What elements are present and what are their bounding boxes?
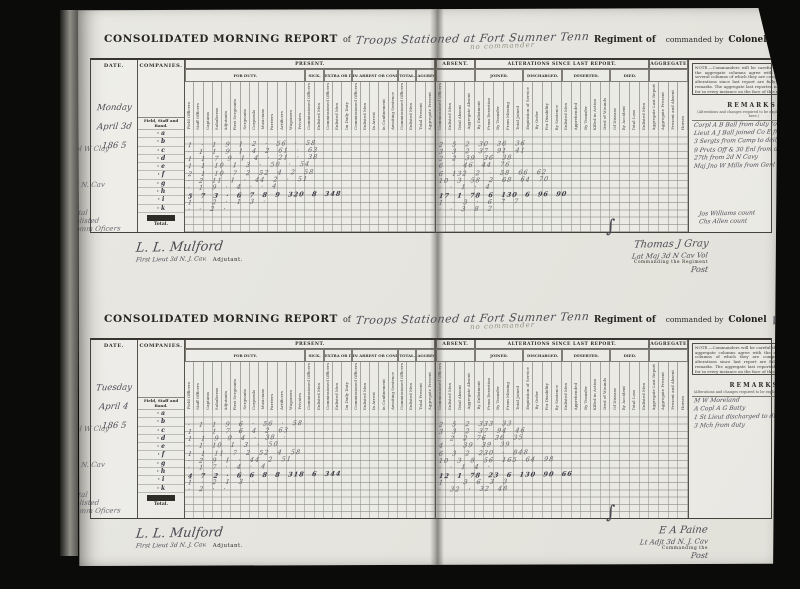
remark-handwriting: M W Moreland <box>693 397 740 405</box>
grid-body-cell <box>659 410 669 518</box>
post-word: Post <box>690 265 708 274</box>
commanded-by-label: commanded by <box>666 315 724 324</box>
column-label: For Disability <box>545 103 549 130</box>
column-label-cell: Horses <box>678 362 688 410</box>
commander-signature: E A Paine <box>528 518 708 537</box>
column-label-cell: Sergeants <box>241 82 250 130</box>
column-label-cell: Enlisted Men <box>562 82 572 130</box>
remark-handwriting: 3 Sergts from Camp to daily duty 1 1 Col <box>693 137 800 145</box>
column-label-cell: Died of Wounds <box>601 82 611 130</box>
column-label: Musicians <box>261 389 265 410</box>
date-column-body: MondayApril 3d186 5 <box>91 69 137 232</box>
column-label-cell: Total Present <box>416 82 425 130</box>
grid-body-cell <box>523 130 533 232</box>
column-label: Killed in Action <box>593 379 597 410</box>
column-label-cell: By Enlistment <box>475 82 485 130</box>
column-label-cell: Commissioned Officers <box>324 82 333 130</box>
grid-body-cell <box>649 410 659 518</box>
remarks-column: NOTE.—Commanders will be careful that th… <box>689 340 800 518</box>
column-label-cell: Enlisted Men <box>333 82 342 130</box>
commander-handwriting: Wm Myers & Lt Col Wm Chapman Genl W Mann <box>771 309 800 327</box>
column-label-cell: By Order <box>533 362 543 410</box>
grid-body-cell <box>659 130 669 232</box>
grid-body-cell <box>552 410 562 518</box>
companies-column-body: Field, Staff and Band.· a· b· c· d· e· f… <box>138 69 184 232</box>
company-letter: · g <box>138 460 184 468</box>
grid-body-cell <box>204 130 213 232</box>
column-label: Field Officers <box>187 382 191 410</box>
date-column: DATE.MondayApril 3d186 5 <box>91 60 138 232</box>
column-label: Present and Absent <box>671 370 675 410</box>
companies-column: COMPANIES.Field, Staff and Band.· a· b· … <box>138 340 185 518</box>
printed-note-box: NOTE.—Commanders will be careful that th… <box>692 63 800 95</box>
column-label-cell: Total Absent <box>455 362 465 410</box>
grid-body-cell <box>287 410 296 518</box>
column-label-cell: Total Absent <box>455 82 465 130</box>
grid-body-cell <box>436 130 446 232</box>
companies-column-header: COMPANIES. <box>138 340 184 349</box>
grid-body-cell <box>572 130 582 232</box>
column-label-cell: Of Disease <box>610 362 620 410</box>
column-label-cell: From Missing <box>504 362 514 410</box>
column-label: By Sentence <box>555 105 559 130</box>
column-label: By Transfer <box>496 106 500 130</box>
column-label: Commissioned Officers <box>400 363 404 410</box>
subgroup-header: DISCHARGED. <box>523 349 562 362</box>
grid-body-cell <box>543 130 553 232</box>
group-header: ABSENT. <box>436 340 475 349</box>
column-label: Horses <box>681 396 685 410</box>
column-label-cell: On Daily Duty <box>342 82 351 130</box>
column-label-cell: Commissioned Officers <box>398 82 407 130</box>
column-label-cell: Enlisted Men <box>315 82 324 130</box>
grid-body-cell <box>446 410 456 518</box>
column-label-cell: Artificers <box>278 82 287 130</box>
remark-line: 27th from 2d N Cavy <box>689 154 800 162</box>
group-header: ABSENT. <box>436 60 475 69</box>
column-label-cell: Enlisted Men <box>640 82 650 130</box>
column-label: Expiration of Service <box>526 87 530 130</box>
column-label-cell: Captains <box>204 362 213 410</box>
remarks-subtitle: (Alterations and changes required to be … <box>692 110 800 121</box>
column-label-cell: Aggregate Present <box>426 82 435 130</box>
field-staff-band-label: Field, Staff and Band. <box>138 117 184 130</box>
column-label: Aggregate Present <box>428 92 432 130</box>
grid-body-cell <box>259 130 268 232</box>
subgroup-header <box>649 69 688 82</box>
column-label: Total Joined <box>516 386 520 410</box>
grid-body-cell <box>379 130 388 232</box>
remark-line: Lieut A J Ball joined Co E from duty <box>689 129 800 137</box>
group-header: ALTERATIONS SINCE LAST REPORT. <box>475 60 649 69</box>
grid-body-cell <box>324 130 333 232</box>
remark-line: 3 Sergts from Camp to daily duty 1 1 Col <box>689 137 800 145</box>
column-label-cell: By Accident <box>620 362 630 410</box>
grid-body-cell <box>484 410 494 518</box>
company-letter: · e <box>138 163 184 171</box>
column-label-cell: Total Joined <box>514 362 524 410</box>
remark-lower-line: Chs Allen count <box>694 218 747 226</box>
subgroup-header: DESERTED. <box>562 349 610 362</box>
column-label-cell: Aggregate Present <box>659 82 669 130</box>
column-label-cell: Of Disease <box>610 82 620 130</box>
grid-body-cell <box>250 410 259 518</box>
remark-handwriting: Jos Williams count <box>698 210 755 218</box>
column-label: Commissioned Officers <box>400 83 404 130</box>
column-label: Commissioned Officers <box>354 363 358 410</box>
grid-body-cell <box>407 410 416 518</box>
subgroup-header <box>436 69 475 82</box>
column-label: Awaiting Sentence <box>391 92 395 130</box>
column-label: Horses <box>681 116 685 130</box>
column-label: Aggregate Present <box>428 372 432 410</box>
grid-body-cell <box>333 130 342 232</box>
column-label: Aggregate Absent <box>467 373 471 410</box>
adjutant-signature: L. L. Mulford <box>136 522 243 541</box>
commander-handwriting: Wm Myers 3d N. Cavy Regt at Murfy <box>771 30 800 47</box>
regiment-of-label: Regiment of <box>594 315 656 325</box>
group-header: PRESENT. <box>185 340 435 349</box>
date-word: April 4 <box>99 402 130 414</box>
column-label-cell: By Transfer <box>581 362 591 410</box>
column-label-cell: By Sentence <box>552 82 562 130</box>
subgroup-header <box>436 349 475 362</box>
column-label-cell: In Confinement <box>379 362 388 410</box>
date-line: 186 5 <box>91 413 137 432</box>
commanded-by-label: commanded by <box>666 35 724 44</box>
column-label-cell: Total Loss <box>630 82 640 130</box>
grid-body-cell <box>620 410 630 518</box>
subgroup-header: DIED. <box>610 69 649 82</box>
form-title-line: CONSOLIDATED MORNING REPORTofTroops Stat… <box>104 312 770 325</box>
grid-body-cell <box>342 410 351 518</box>
subgroup-header: IN ARREST OR CONFINEM'T. <box>352 349 398 362</box>
company-letter: · b <box>138 138 184 146</box>
grid-body-cell <box>407 130 416 232</box>
grid-body-cell <box>591 410 601 518</box>
commander-signature-rank: Lt Adjt 3d N. J. Cav <box>528 538 708 546</box>
commander-rank-handwriting: Lat Maj 3d N Cav Vol <box>632 251 709 260</box>
column-label: Wagoners <box>289 390 293 410</box>
signature-flourish: ∫ <box>606 216 615 237</box>
adjutant-rank-handwriting: First Lieut 3d N. J. Cav. <box>135 541 207 549</box>
grid-body-cell <box>552 130 562 232</box>
column-label-cell: In Arrest <box>370 82 379 130</box>
column-label-cell: Expiration of Service <box>523 362 533 410</box>
grid-body-cell <box>475 410 485 518</box>
grid-body-cell <box>185 130 194 232</box>
column-label: Farriers <box>270 114 274 130</box>
grid-body-cell <box>620 130 630 232</box>
commander-signature-block: ∫E A PaineLt Adjt 3d N. J. CavCommanding… <box>528 518 708 560</box>
column-label: Privates <box>298 113 302 130</box>
grid-body-cell <box>475 130 485 232</box>
column-label: By Order <box>535 391 539 410</box>
column-label: Enlisted Men <box>409 383 413 410</box>
subgroup-header: TOTAL. <box>398 349 417 362</box>
column-label-cell: Staff Officers <box>194 362 203 410</box>
form-title: CONSOLIDATED MORNING REPORT <box>104 33 338 45</box>
column-label-cell: Awaiting Sentence <box>389 82 398 130</box>
company-letter: · c <box>138 147 184 155</box>
column-label: Total Joined <box>516 106 520 130</box>
column-label: Enlisted Men <box>564 383 568 410</box>
column-label: In Arrest <box>372 392 376 410</box>
column-label-cell: Wagoners <box>287 362 296 410</box>
adjutant-printed-label: Adjutant. <box>213 257 243 263</box>
recapitulation-block <box>147 495 175 501</box>
recapitulation-block <box>147 215 175 221</box>
column-label: Died of Wounds <box>603 378 607 410</box>
column-label-cell: Commissioned Officers <box>398 362 407 410</box>
column-label: From Desertion <box>487 98 491 130</box>
remarks-header: REMARKS. <box>689 382 800 389</box>
column-label: Awaiting Sentence <box>391 372 395 410</box>
column-label-cell: Expiration of Service <box>523 82 533 130</box>
column-label-cell: Commissioned Officers <box>305 82 314 130</box>
company-letter-rows: · a· b· c· d· e· f· g· h· i· k <box>138 130 184 213</box>
date-word: 186 5 <box>101 421 127 432</box>
remark-handwriting: Lieut A J Ball joined Co E from duty <box>693 129 800 137</box>
column-label: Enlisted Men <box>335 103 339 130</box>
column-label: Apprehended <box>574 383 578 410</box>
commander-signature: Thomas J Gray <box>528 232 708 251</box>
form-title: CONSOLIDATED MORNING REPORT <box>104 313 338 325</box>
column-label-cell: Horses <box>678 82 688 130</box>
grid-body-cell <box>213 410 222 518</box>
grid-body-cell <box>296 130 305 232</box>
commander-rank-handwriting: Lt Adjt 3d N. J. Cav <box>640 537 709 546</box>
grid-body-cell <box>268 130 277 232</box>
column-label-cell: In Confinement <box>379 82 388 130</box>
grid-body-cell <box>389 410 398 518</box>
pencil-note: no commander <box>470 41 535 51</box>
grid-body-cell <box>543 410 553 518</box>
grid-body-cell <box>315 130 324 232</box>
column-label: Commissioned Officers <box>326 363 330 410</box>
subgroup-header: IN ARREST OR CONFINEM'T. <box>352 69 398 82</box>
column-label: Expiration of Service <box>526 367 530 410</box>
grid-body-cell <box>514 130 524 232</box>
grid-body-cell <box>523 410 533 518</box>
grid-body-cell <box>287 130 296 232</box>
date-column-body: TuesdayApril 4186 5 <box>91 349 137 518</box>
grid-body-cell <box>640 130 650 232</box>
grid-body-cell <box>455 410 465 518</box>
column-label: Commissioned Officers <box>438 363 442 410</box>
grid-body-cell <box>305 410 314 518</box>
column-label: Artificers <box>280 391 284 410</box>
column-region-a: PRESENT.FOR DUTY.SICK.EXTRA OR DAILY DUT… <box>185 340 436 518</box>
column-label-cell: Commissioned Officers <box>352 362 361 410</box>
column-label: Commissioned Officers <box>354 83 358 130</box>
column-label: Of Disease <box>613 108 617 130</box>
grid-body-cell <box>250 130 259 232</box>
subgroup-header: JOINED. <box>475 349 523 362</box>
column-label: Of Disease <box>613 388 617 410</box>
grid-body-cell <box>640 410 650 518</box>
grid-body-cell <box>630 410 640 518</box>
grid-body-cell <box>259 410 268 518</box>
grid-body-cell <box>222 410 231 518</box>
grid-body-cell <box>213 130 222 232</box>
companies-column-body: Field, Staff and Band.· a· b· c· d· e· f… <box>138 349 184 518</box>
column-label-cell: From Missing <box>504 82 514 130</box>
grid-body-cell <box>562 130 572 232</box>
post-word: Post <box>690 551 708 560</box>
column-label: Total Present <box>419 383 423 410</box>
grid-body-cell <box>352 410 361 518</box>
company-letter: · k <box>138 205 184 213</box>
date-word: Tuesday <box>95 383 132 395</box>
grid-body-cell <box>416 410 425 518</box>
column-label-cell: Commissioned Officers <box>324 362 333 410</box>
remark-handwriting: Maj Jno W Mills from Genl to duty <box>693 162 798 170</box>
remark-line: 1 St Lieut discharged to duty by G W Gra… <box>689 413 800 421</box>
column-label-cell: Wagoners <box>287 82 296 130</box>
grid-body-cell <box>436 410 446 518</box>
column-label: By Accident <box>622 106 626 130</box>
column-label: Commissioned Officers <box>307 363 311 410</box>
remark-handwriting: A Copl A G Batty <box>693 405 745 413</box>
date-word: April 3d <box>96 122 132 134</box>
column-label-cell: Died of Wounds <box>601 362 611 410</box>
column-label: Subalterns <box>215 108 219 130</box>
grid-body-cell <box>465 130 475 232</box>
date-line: 186 5 <box>91 133 137 152</box>
column-label-cell: Apprehended <box>572 82 582 130</box>
grid-body-cell <box>465 410 475 518</box>
date-handwriting: MondayApril 3d186 5 <box>91 95 137 152</box>
grid-body-cell <box>231 130 240 232</box>
column-label-cell: Adjutants <box>222 82 231 130</box>
adjutant-signature-title: First Lieut 3d N. J. Cav.Adjutant. <box>136 256 243 263</box>
remark-lower-line: Jos Williams count <box>694 210 755 218</box>
column-label: Total Present <box>419 103 423 130</box>
column-label: By Enlistment <box>477 101 481 130</box>
column-label-cell: Farriers <box>268 82 277 130</box>
company-letter: · h <box>138 468 184 476</box>
company-letter: · h <box>138 188 184 196</box>
grid-body-cell <box>504 410 514 518</box>
post-handwriting: Post <box>528 551 708 560</box>
grid-body-cell <box>370 130 379 232</box>
column-label-cell: For Disability <box>543 362 553 410</box>
grid-body-cell <box>630 130 640 232</box>
company-letter: · a <box>138 410 184 418</box>
grid-body-cell <box>194 130 203 232</box>
column-label: From Missing <box>506 382 510 410</box>
column-label: Staff Officers <box>196 103 200 130</box>
grid-body-cell <box>669 410 679 518</box>
grid-body-cell <box>361 410 370 518</box>
column-label: By Transfer <box>584 106 588 130</box>
column-label: Aggregate Absent <box>467 93 471 130</box>
grid-body-cell <box>241 410 250 518</box>
column-label-cell: Enlisted Men <box>446 362 456 410</box>
column-label: Staff Officers <box>196 383 200 410</box>
grid-body-cell <box>204 410 213 518</box>
grid-body-cell <box>361 130 370 232</box>
subgroup-header <box>649 349 688 362</box>
column-label-cell: Privates <box>296 82 305 130</box>
morning-report-table: DATE.TuesdayApril 4186 5COMPANIES.Field,… <box>90 338 772 519</box>
column-label-cell: Present and Absent <box>669 82 679 130</box>
column-label-cell: By Order <box>533 82 543 130</box>
grid-body-cell <box>305 130 314 232</box>
column-label-cell: Commissioned Officers <box>305 362 314 410</box>
grid-body-cell <box>370 410 379 518</box>
subgroup-header: DISCHARGED. <box>523 69 562 82</box>
subgroup-header: JOINED. <box>475 69 523 82</box>
column-label-cell: From Desertion <box>484 362 494 410</box>
column-label: By Transfer <box>584 386 588 410</box>
subgroup-header: DESERTED. <box>562 69 610 82</box>
column-label-cell: Commissioned Officers <box>436 362 446 410</box>
column-label-cell: On Daily Duty <box>342 362 351 410</box>
total-row-label: Total. <box>138 222 184 227</box>
grid-body-cell <box>185 410 194 518</box>
regiment-of-label: Regiment of <box>594 35 656 45</box>
grid-body-cell <box>324 410 333 518</box>
column-label-cell: Adjutants <box>222 362 231 410</box>
subgroup-header: TOTAL. <box>398 69 417 82</box>
company-letter: · e <box>138 443 184 451</box>
grid-body-cell <box>446 130 456 232</box>
group-header: PRESENT. <box>185 60 435 69</box>
column-label: Enlisted Men <box>335 383 339 410</box>
column-label: Aggregate Last Report <box>652 364 656 410</box>
of-word: of <box>343 315 351 324</box>
column-label: By Order <box>535 111 539 130</box>
column-label-cell: Enlisted Men <box>361 362 370 410</box>
column-label-cell: From Desertion <box>484 82 494 130</box>
column-label: Enlisted Men <box>448 103 452 130</box>
grid-body-cell <box>494 410 504 518</box>
subgroup-header: FOR DUTY. <box>185 349 305 362</box>
grid-body-cell <box>504 130 514 232</box>
column-label-cell: First Sergeants <box>231 362 240 410</box>
column-label: Present and Absent <box>671 90 675 130</box>
grid-body-cell <box>315 410 324 518</box>
grid-body-cell <box>296 410 305 518</box>
column-label-cell: Corporals <box>250 82 259 130</box>
scanned-document-page: { "document": { "background": "#0b0b0a",… <box>0 0 800 589</box>
date-column: DATE.TuesdayApril 4186 5 <box>91 340 138 518</box>
column-label: First Sergeants <box>233 379 237 410</box>
form-title-line: CONSOLIDATED MORNING REPORTofTroops Stat… <box>104 32 770 45</box>
commander-signature-script: Thomas J Gray <box>633 238 709 250</box>
remark-line: M W Moreland <box>689 397 800 405</box>
column-region-a: PRESENT.FOR DUTY.SICK.EXTRA OR DAILY DUT… <box>185 60 436 232</box>
grid-body-cell <box>342 130 351 232</box>
column-label: In Arrest <box>372 112 376 130</box>
subgroup-header: DIED. <box>610 349 649 362</box>
column-label: First Sergeants <box>233 99 237 130</box>
column-label-cell: By Transfer <box>494 82 504 130</box>
column-label: Enlisted Men <box>564 103 568 130</box>
adjutant-signature-title: First Lieut 3d N. J. Cav.Adjutant. <box>136 542 243 549</box>
column-label: Adjutants <box>224 111 228 131</box>
column-label-cell: Killed in Action <box>591 362 601 410</box>
companies-column: COMPANIES.Field, Staff and Band.· a· b· … <box>138 60 185 232</box>
column-label-cell: Aggregate Present <box>659 362 669 410</box>
adjutant-signature-block: L. L. MulfordFirst Lieut 3d N. J. Cav.Ad… <box>136 522 243 549</box>
remark-line: A Copl A G Batty <box>689 405 800 413</box>
remark-handwriting: Chs Allen count <box>698 218 747 226</box>
column-label-cell: Apprehended <box>572 362 582 410</box>
signature-flourish: ∫ <box>606 502 615 523</box>
